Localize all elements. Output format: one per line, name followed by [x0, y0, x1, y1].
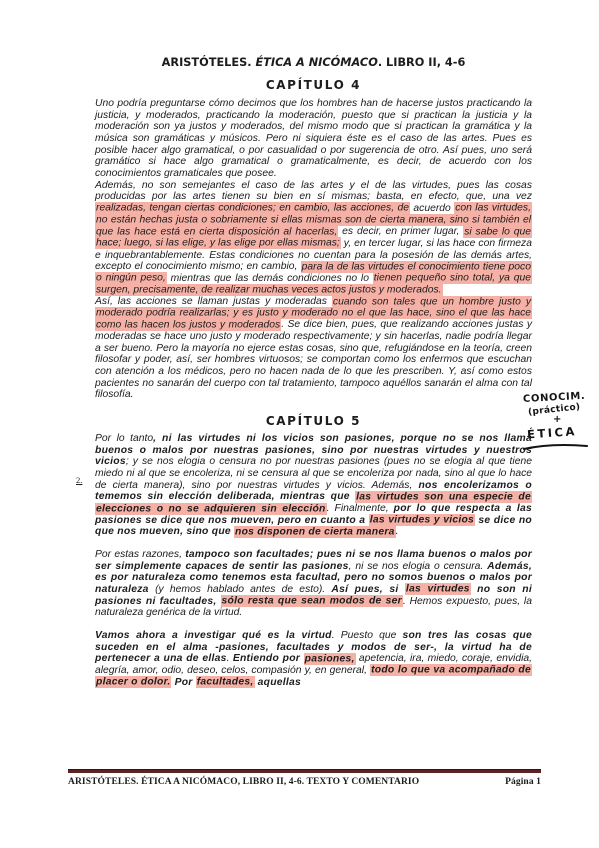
annotation-line-etica: ÉTICA: [527, 423, 599, 442]
document-page: { "colors": { "highlight": "#f6b1a6", "r…: [0, 0, 599, 848]
document-title: ARISTÓTELES. ÉTICA A NICÓMACO. LIBRO II,…: [95, 56, 532, 70]
chapter-4-paragraph-3: Así, las acciones se llaman justas y mod…: [95, 296, 532, 401]
chapter-4-paragraph-2: Además, no son semejantes el caso de las…: [95, 180, 532, 297]
footer-rule: [68, 769, 541, 773]
chapter-4-heading: CAPÍTULO 4: [95, 78, 532, 92]
chapter-5-paragraph-1: Por lo tanto, ni las virtudes ni los vic…: [95, 433, 532, 538]
chapter-5-heading: CAPÍTULO 5: [95, 414, 532, 428]
margin-note-number: 2.: [76, 475, 82, 485]
chapter-5-paragraph-2: Por estas razones, tampoco son facultade…: [95, 549, 532, 619]
annotation-underline: [523, 442, 589, 452]
chapter-5-paragraph-3: Vamos ahora a investigar qué es la virtu…: [95, 630, 532, 688]
chapter-4-paragraph-1: Uno podría preguntarse cómo decimos que …: [95, 98, 532, 180]
handwritten-annotation: CONOCIM. (práctico) + ÉTICA: [523, 392, 599, 452]
page-footer: ARISTÓTELES. ÉTICA A NICÓMACO, LIBRO II,…: [68, 769, 541, 787]
footer-title: ARISTÓTELES. ÉTICA A NICÓMACO, LIBRO II,…: [68, 777, 419, 787]
document-content: ARISTÓTELES. ÉTICA A NICÓMACO. LIBRO II,…: [95, 56, 532, 688]
footer-page-number: Página 1: [505, 777, 541, 787]
